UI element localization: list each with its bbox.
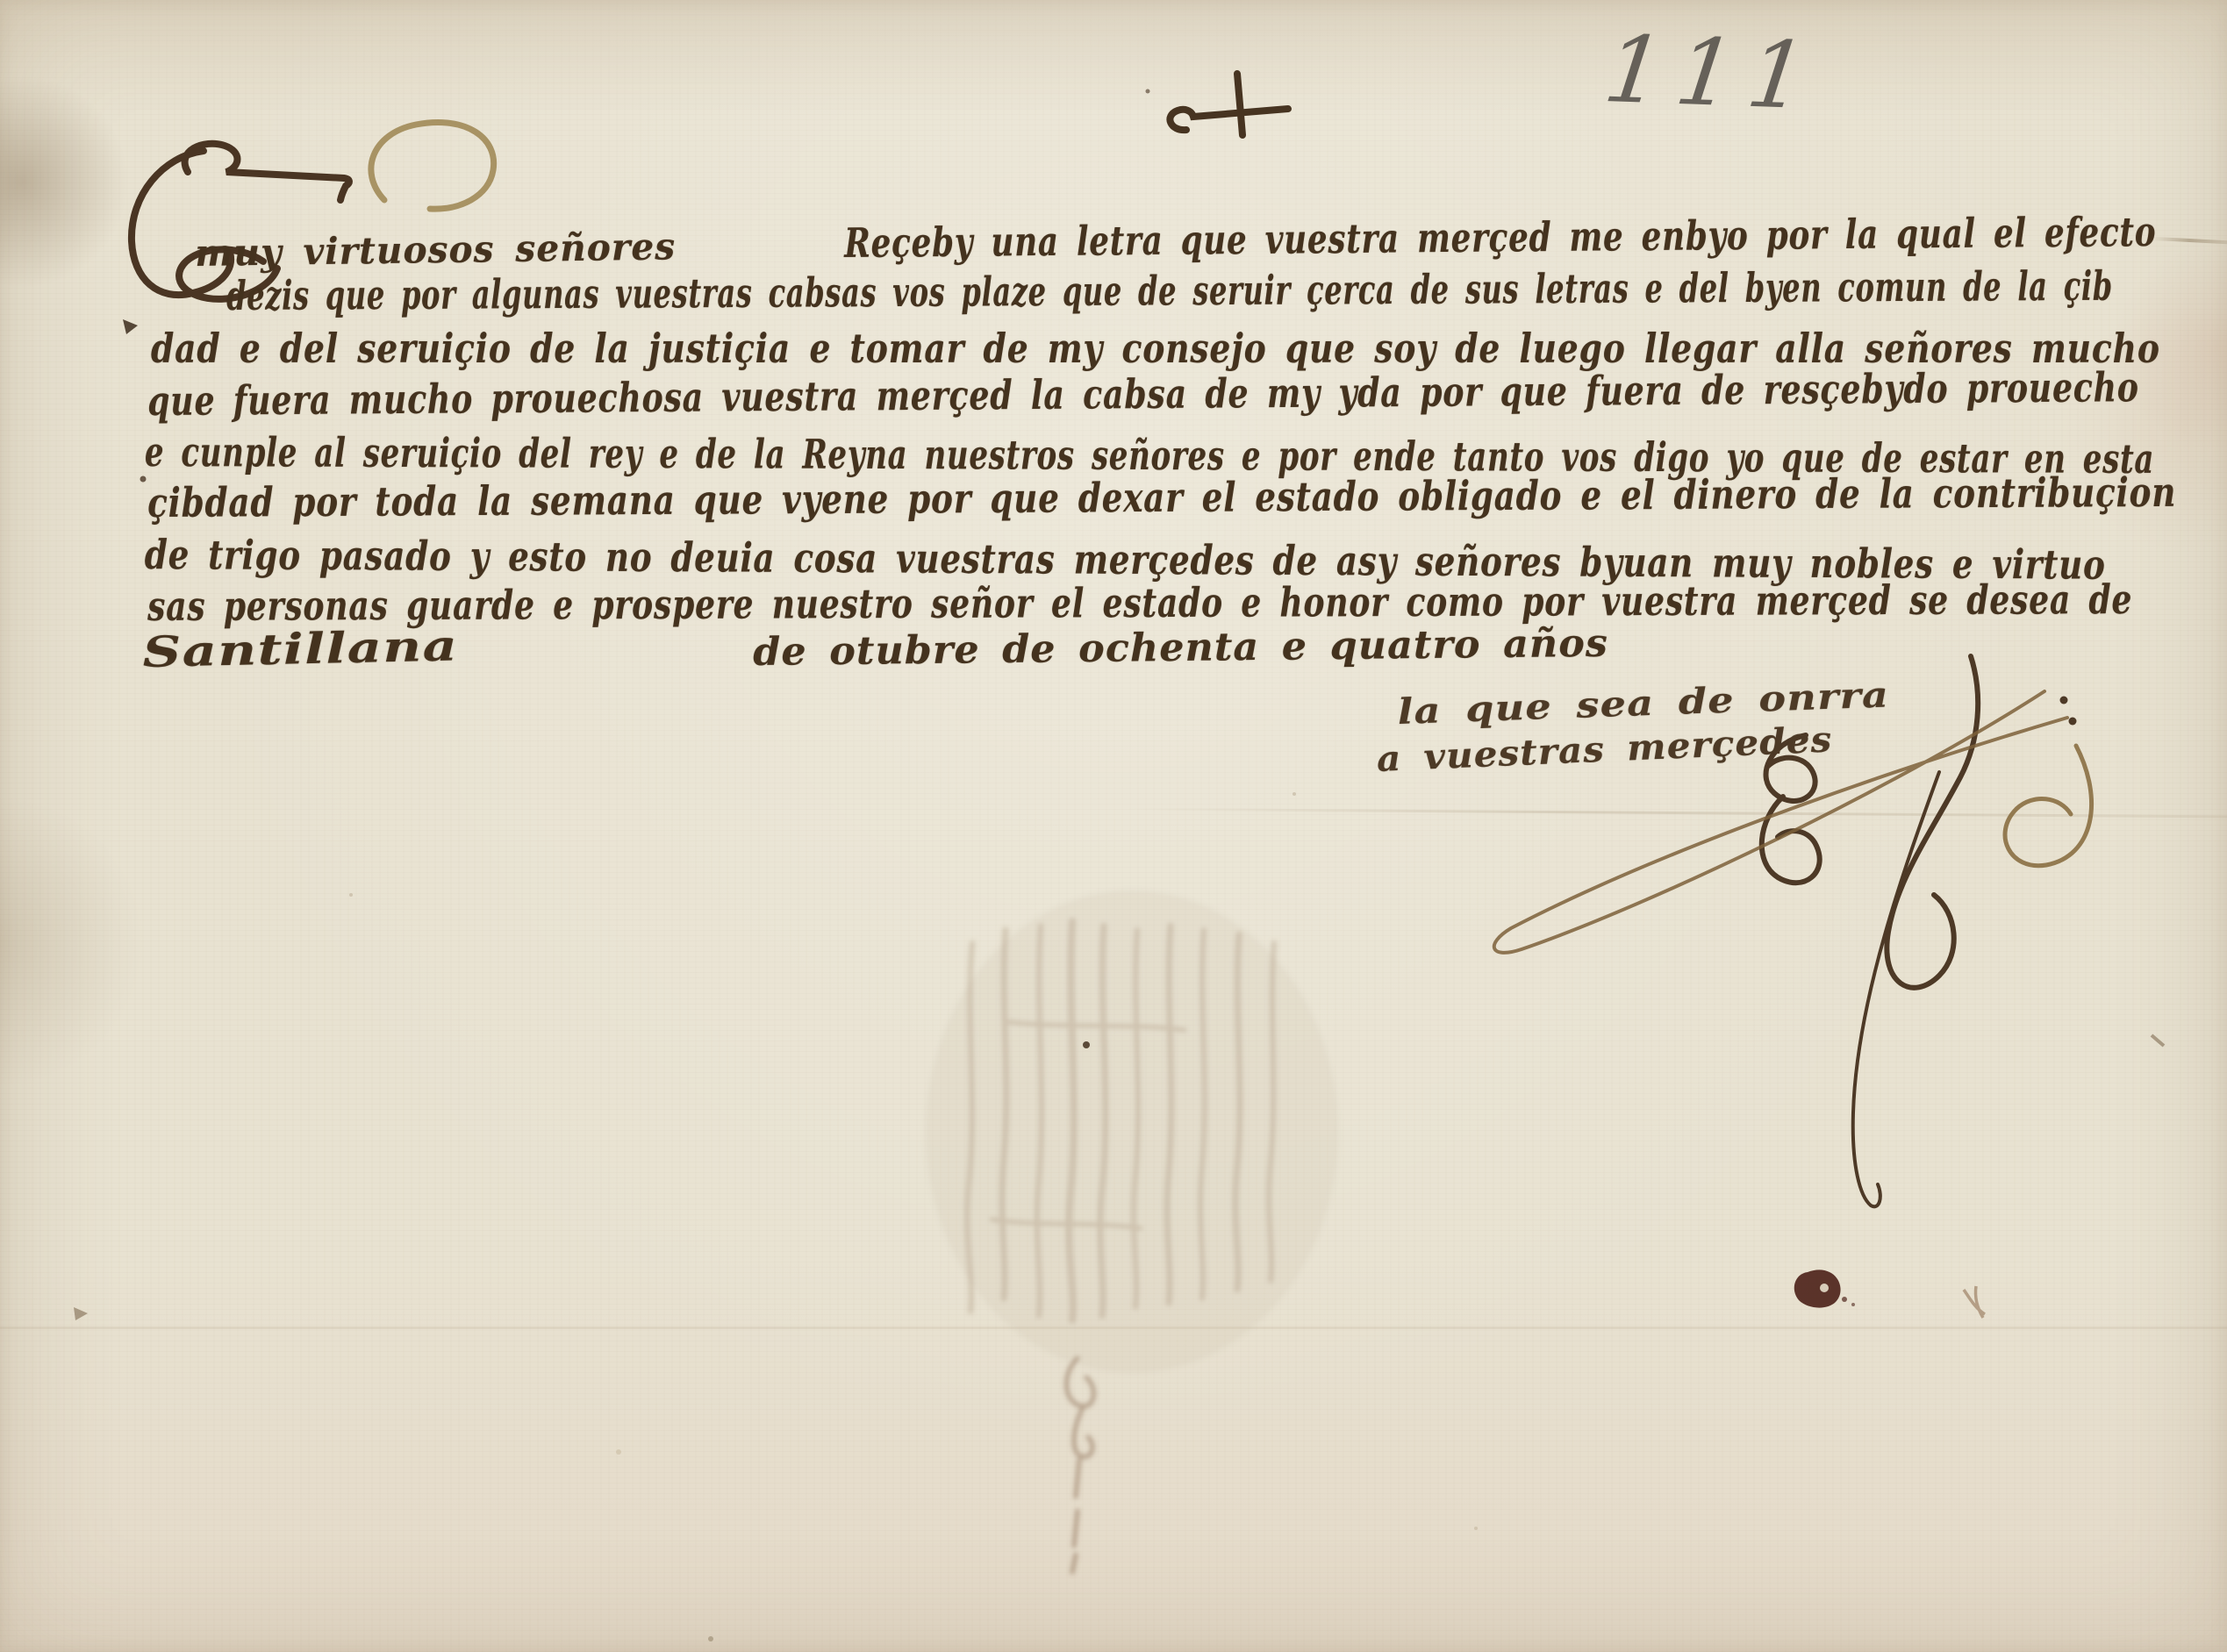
invocation-cross-mark bbox=[1146, 74, 1289, 135]
place-line: Santillana bbox=[142, 621, 459, 677]
verso-darker-marks bbox=[1066, 1358, 1093, 1572]
ink-blot-right bbox=[1794, 1269, 1985, 1318]
body-line-2: dezis que por algunas vuestras cabsas vo… bbox=[226, 262, 2113, 319]
salutation-line: muy virtuosos señores bbox=[195, 225, 676, 275]
ink-smudge bbox=[1964, 1286, 1985, 1318]
foliation-number: 111 bbox=[1588, 16, 1837, 131]
date-line: de otubre de ochenta e quatro años bbox=[753, 621, 1608, 675]
verso-ink-bleedthrough bbox=[926, 890, 1338, 1572]
manuscript-letter-scan: 111 muy virtuosos señores Reçeby una let… bbox=[0, 0, 2227, 1652]
tan-oval-flourish bbox=[371, 123, 494, 210]
